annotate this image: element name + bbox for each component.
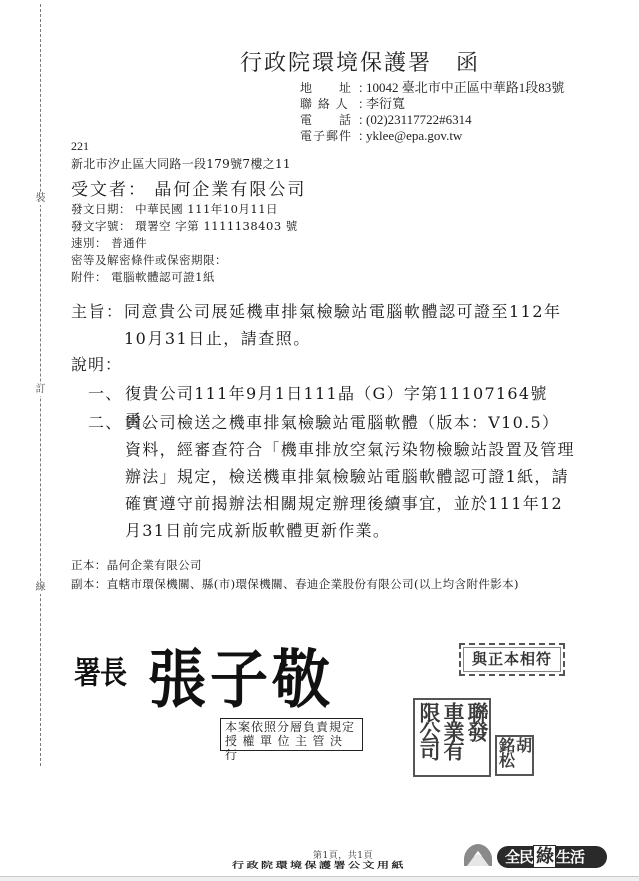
- seal-column: 聯發: [465, 702, 489, 773]
- meta-label: 速別：: [71, 236, 107, 250]
- postal-code: 221: [71, 139, 89, 154]
- recipient-name: 晶何企業有限公司: [154, 180, 306, 200]
- original-value: 晶何企業有限公司: [107, 558, 202, 572]
- meta-date: 發文日期： 中華民國 111年10月11日: [71, 201, 278, 217]
- personal-seal: 胡 銘松: [495, 735, 534, 776]
- colon: ：: [358, 80, 366, 96]
- info-row-address: 地 址：10042 臺北市中正區中華路1段83號: [300, 80, 564, 96]
- meta-label: 附件：: [71, 270, 107, 284]
- delegation-line-2: 授權單位主管決行: [225, 734, 358, 762]
- copy-recipients: 副本：直轄市環保機關、縣(市)環保機關、春迪企業股份有限公司(以上均含附件影本): [71, 576, 519, 592]
- subject-text: 同意貴公司展延機車排氣檢驗站電腦軟體認可證至112年10月31日止，請查照。: [124, 298, 574, 352]
- info-value: 李衍寬: [366, 96, 405, 112]
- document-title: 行政院環境保護署 函: [240, 46, 480, 77]
- colon: ：: [358, 128, 366, 144]
- item-number: 一、: [88, 380, 123, 407]
- recipient-label: 受文者：: [71, 180, 147, 200]
- colon: ：: [358, 96, 366, 112]
- signature-title: 署長: [74, 648, 126, 693]
- meta-value: 中華民國 111年10月11日: [135, 202, 278, 216]
- delegation-box: 本案依照分層負責規定 授權單位主管決行: [220, 718, 363, 751]
- meta-value: 環署空 字第 1111138403 號: [135, 219, 298, 233]
- meta-speed: 速別： 普通件: [71, 235, 147, 251]
- green-life-logo: 全民綠生活: [497, 846, 607, 868]
- copies-value: 直轄市環保機關、縣(市)環保機關、春迪企業股份有限公司(以上均含附件影本): [107, 577, 519, 591]
- certified-copy-stamp: 與正本相符: [459, 643, 565, 676]
- recipient: 受文者： 晶何企業有限公司: [71, 175, 306, 200]
- colon: ：: [358, 112, 366, 128]
- logo-text-1: 全民: [505, 848, 533, 866]
- footer-shade: [0, 877, 639, 881]
- meta-label: 發文字號：: [71, 219, 131, 233]
- seal-column: 銘松: [498, 737, 515, 774]
- info-value: yklee@epa.gov.tw: [366, 128, 462, 144]
- info-row-email: 電子郵件：yklee@epa.gov.tw: [300, 128, 462, 144]
- info-label: 地 址: [300, 80, 358, 96]
- company-seal: 聯發 車業有 限公司: [413, 698, 491, 777]
- info-label: 聯 絡 人: [300, 96, 358, 112]
- meta-attachment: 附件： 電腦軟體認可證1紙: [71, 269, 215, 285]
- mountain-logo-icon: [463, 843, 493, 867]
- subject-label: 主旨：: [71, 298, 124, 325]
- signature-name: 張子敬: [148, 628, 334, 720]
- logo-text-3: 生活: [556, 848, 584, 866]
- binding-mark-ding: 訂: [34, 384, 47, 396]
- item-text: 貴公司檢送之機車排氣檢驗站電腦軟體（版本：V10.5）資料，經審查符合「機車排放…: [125, 409, 575, 544]
- binding-mark-xian: 線: [34, 582, 47, 594]
- info-value: (02)23117722#6314: [366, 112, 472, 128]
- original-recipient: 正本：晶何企業有限公司: [71, 557, 202, 573]
- info-row-contact: 聯 絡 人：李衍寬: [300, 96, 405, 112]
- item-number: 二、: [88, 409, 123, 436]
- seal-column: 限公司: [417, 702, 441, 773]
- seal-column: 胡: [515, 737, 532, 774]
- original-label: 正本：: [71, 558, 107, 572]
- meta-confidentiality: 密等及解密條件或保密期限：: [71, 252, 227, 268]
- info-label: 電 話: [300, 112, 358, 128]
- meta-value: 普通件: [111, 236, 147, 250]
- description-label: 說明：: [71, 352, 122, 375]
- meta-doc-number: 發文字號： 環署空 字第 1111138403 號: [71, 218, 298, 234]
- info-row-phone: 電 話：(02)23117722#6314: [300, 112, 472, 128]
- seal-column: 車業有: [441, 702, 465, 773]
- paper-label: 行政院環境保護署公文用紙: [232, 859, 406, 871]
- binding-mark-zhuang: 裝: [34, 193, 47, 205]
- logo-text-2: 綠: [533, 845, 556, 868]
- recipient-address: 新北市汐止區大同路一段179號7樓之11: [71, 155, 291, 172]
- copies-label: 副本：: [71, 577, 107, 591]
- meta-value: 電腦軟體認可證1紙: [111, 270, 215, 284]
- delegation-line-1: 本案依照分層負責規定: [225, 720, 358, 734]
- info-value: 10042 臺北市中正區中華路1段83號: [366, 80, 564, 96]
- info-label: 電子郵件: [300, 128, 358, 144]
- meta-label: 發文日期：: [71, 202, 131, 216]
- meta-label: 密等及解密條件或保密期限：: [71, 253, 227, 267]
